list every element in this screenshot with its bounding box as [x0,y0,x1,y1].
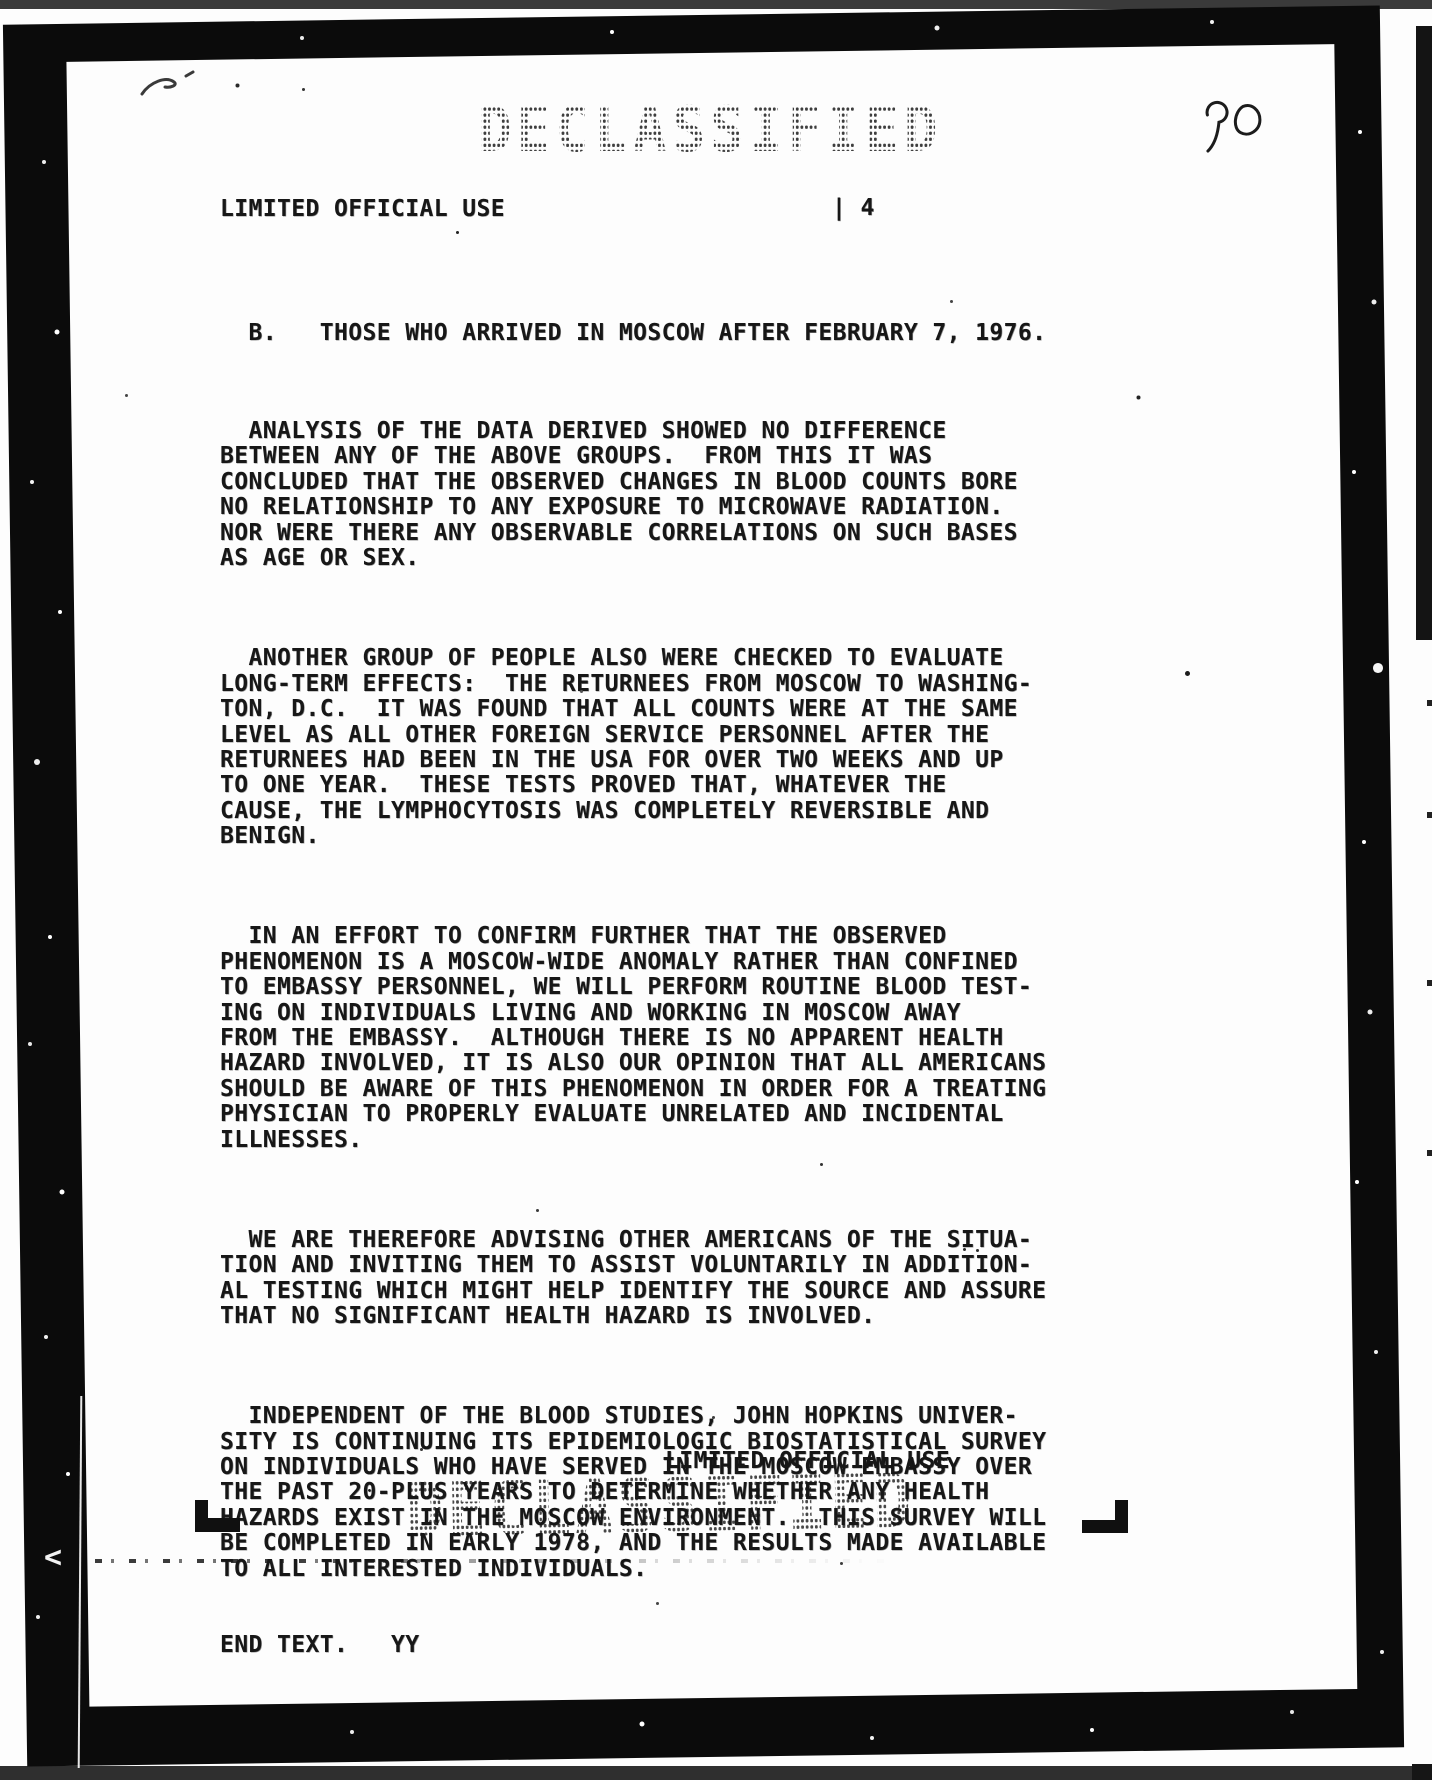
dashed-fold-line [95,1559,895,1563]
section-b-heading: B. THOSE WHO ARRIVED IN MOSCOW AFTER FEB… [220,321,1046,346]
paragraph-moscow-wide-testing: IN AN EFFORT TO CONFIRM FURTHER THAT THE… [220,924,1046,1153]
header-page-number: | 4 [832,196,875,221]
crop-corner-bottom-left [195,1500,240,1532]
paragraph-returnees: ANOTHER GROUP OF PEOPLE ALSO WERE CHECKE… [220,646,1046,849]
pen-squiggle-mark [136,66,208,112]
scanner-strip-bottom [0,1766,1432,1780]
paragraph-advising-americans: WE ARE THEREFORE ADVISING OTHER AMERICAN… [220,1228,1046,1330]
header-classification: LIMITED OFFICIAL USE [220,197,505,222]
paragraph-blood-analysis: ANALYSIS OF THE DATA DERIVED SHOWED NO D… [220,419,1046,571]
edge-speck [1427,812,1432,818]
edge-speck [1427,980,1432,986]
footer-classification: LIMITED OFFICIAL USE [665,1449,950,1474]
border-chevron-mark: < [44,1540,62,1575]
crop-corner-bottom-right [1082,1500,1128,1533]
handwritten-page-number [1172,88,1272,162]
scanned-document-page: < DECLASSIFIED LIMITED OFFICIAL USE | 4 … [0,0,1432,1780]
declassified-stamp-top: DECLASSIFIED [478,94,943,167]
edge-speck [1427,1150,1432,1156]
adjacent-page-edge [1416,26,1432,640]
handwriting-90-icon [1172,88,1272,158]
squiggle-icon [136,66,208,108]
frame-noise-speckles [0,0,4,4]
scanner-corner-nub [1412,1764,1432,1780]
edge-speck [1427,700,1432,706]
end-text-marker: END TEXT. YY [220,1633,1046,1658]
